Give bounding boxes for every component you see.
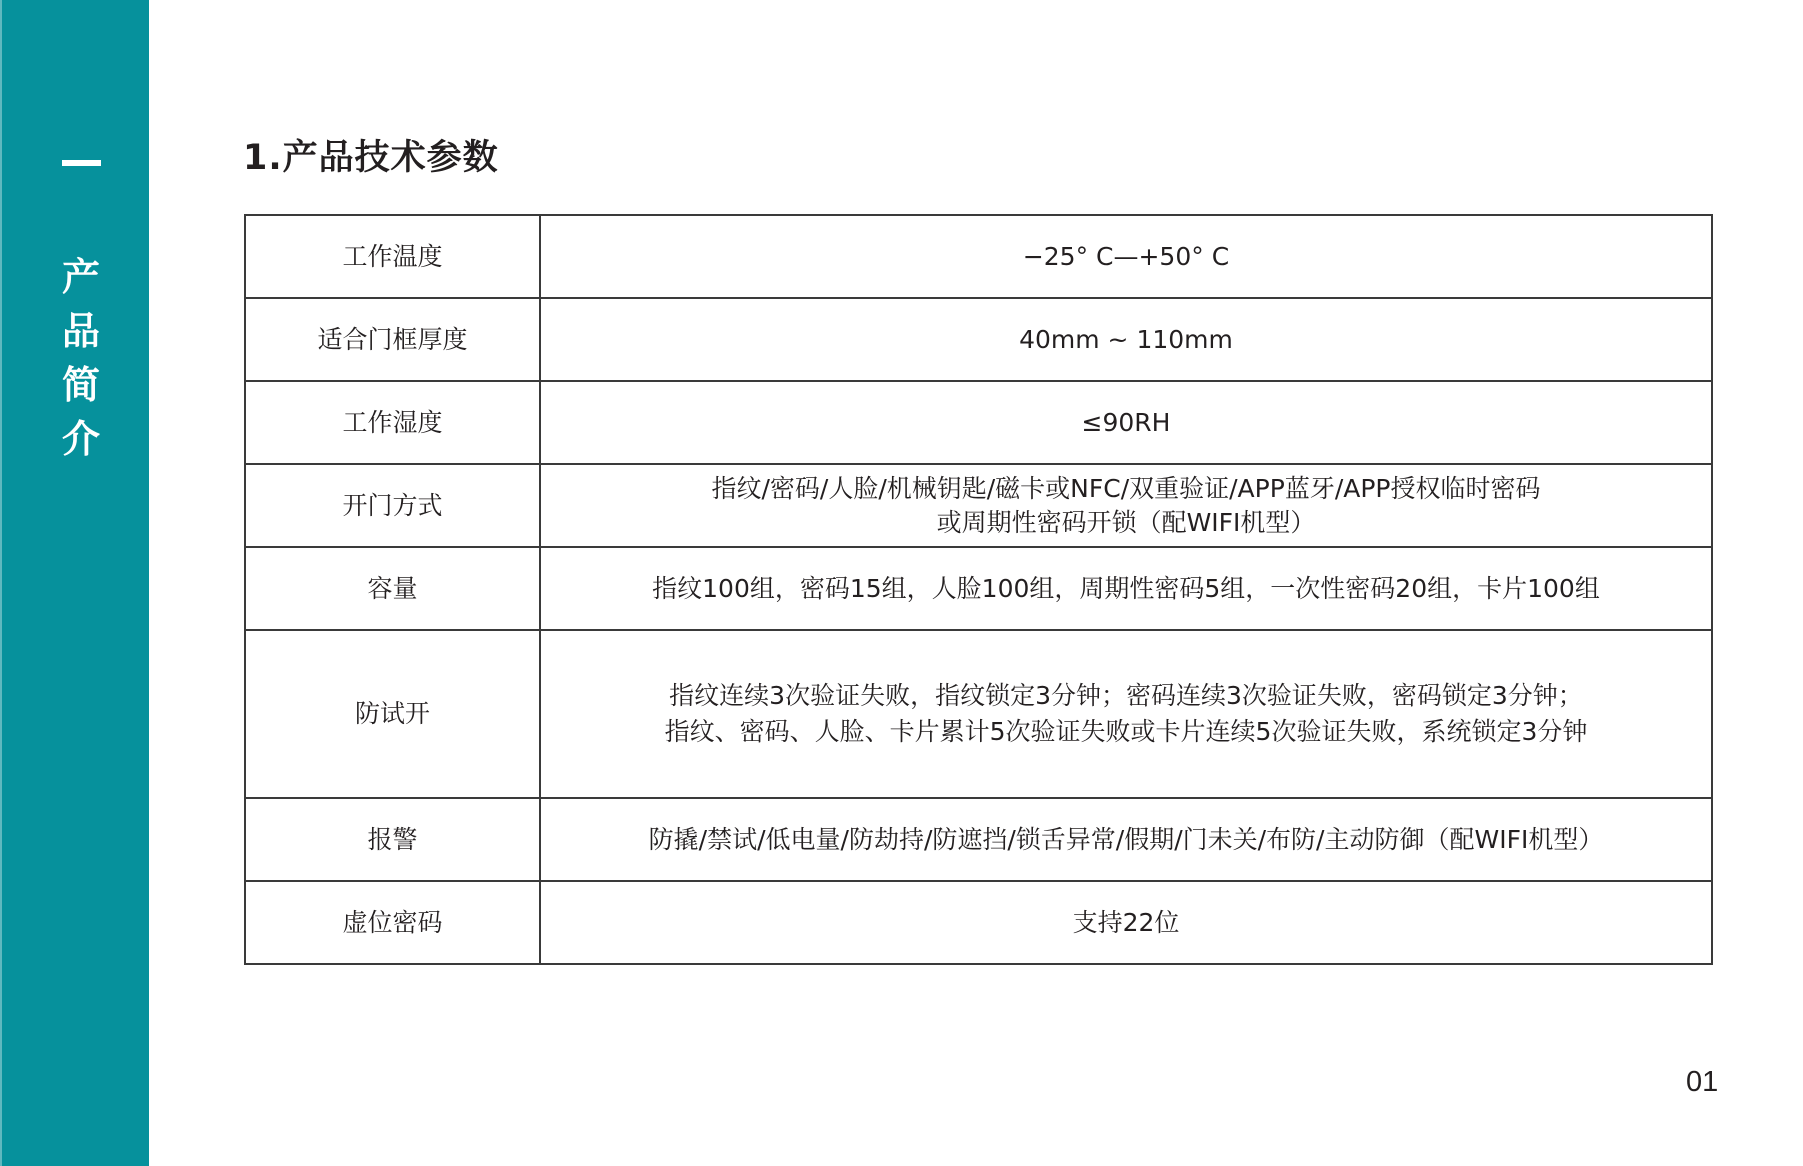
- value-line: 40mm ~ 110mm: [551, 323, 1701, 357]
- value-line: −25° C—+50° C: [551, 240, 1701, 274]
- value-line: ≤90RH: [551, 406, 1701, 440]
- table-row: 防试开 指纹连续3次验证失败，指纹锁定3分钟；密码连续3次验证失败，密码锁定3分…: [245, 630, 1712, 798]
- page-title: 1.产品技术参数: [243, 136, 499, 180]
- table-row: 虚位密码 支持22位: [245, 881, 1712, 964]
- value-line: 指纹100组，密码15组，人脸100组，周期性密码5组，一次性密码20组，卡片1…: [551, 572, 1701, 606]
- section-sidebar: 产 品 简 介: [0, 0, 149, 1166]
- value-line: 支持22位: [551, 906, 1701, 940]
- table-row: 工作湿度 ≤90RH: [245, 381, 1712, 464]
- row-value: 指纹100组，密码15组，人脸100组，周期性密码5组，一次性密码20组，卡片1…: [540, 547, 1712, 630]
- section-title-char: 品: [62, 304, 100, 358]
- row-label: 容量: [245, 547, 540, 630]
- row-label: 工作湿度: [245, 381, 540, 464]
- table-row: 适合门框厚度 40mm ~ 110mm: [245, 298, 1712, 381]
- section-title-vertical: 产 品 简 介: [58, 250, 104, 466]
- section-title-char: 介: [62, 412, 100, 466]
- row-value: 40mm ~ 110mm: [540, 298, 1712, 381]
- row-value: 支持22位: [540, 881, 1712, 964]
- row-value: 指纹连续3次验证失败，指纹锁定3分钟；密码连续3次验证失败，密码锁定3分钟； 指…: [540, 630, 1712, 798]
- row-value: 指纹/密码/人脸/机械钥匙/磁卡或NFC/双重验证/APP蓝牙/APP授权临时密…: [540, 464, 1712, 547]
- row-value: −25° C—+50° C: [540, 215, 1712, 298]
- table-row: 报警 防撬/禁试/低电量/防劫持/防遮挡/锁舌异常/假期/门未关/布防/主动防御…: [245, 798, 1712, 881]
- row-label: 开门方式: [245, 464, 540, 547]
- table-row: 容量 指纹100组，密码15组，人脸100组，周期性密码5组，一次性密码20组，…: [245, 547, 1712, 630]
- value-line: 或周期性密码开锁（配WIFI机型）: [551, 506, 1701, 540]
- row-label: 适合门框厚度: [245, 298, 540, 381]
- spec-table: 工作温度 −25° C—+50° C 适合门框厚度 40mm ~ 110mm 工…: [244, 214, 1713, 965]
- row-value: 防撬/禁试/低电量/防劫持/防遮挡/锁舌异常/假期/门未关/布防/主动防御（配W…: [540, 798, 1712, 881]
- page-number: 01: [1686, 1066, 1718, 1099]
- table-row: 开门方式 指纹/密码/人脸/机械钥匙/磁卡或NFC/双重验证/APP蓝牙/APP…: [245, 464, 1712, 547]
- row-label: 虚位密码: [245, 881, 540, 964]
- row-label: 工作温度: [245, 215, 540, 298]
- section-number-one: [62, 160, 101, 166]
- section-title-char: 产: [62, 250, 100, 304]
- row-label: 防试开: [245, 630, 540, 798]
- section-title-char: 简: [62, 358, 100, 412]
- row-label: 报警: [245, 798, 540, 881]
- value-line: 指纹连续3次验证失败，指纹锁定3分钟；密码连续3次验证失败，密码锁定3分钟；: [551, 678, 1701, 714]
- value-line: 指纹/密码/人脸/机械钥匙/磁卡或NFC/双重验证/APP蓝牙/APP授权临时密…: [551, 472, 1701, 506]
- row-value: ≤90RH: [540, 381, 1712, 464]
- value-line: 防撬/禁试/低电量/防劫持/防遮挡/锁舌异常/假期/门未关/布防/主动防御（配W…: [551, 823, 1701, 857]
- table-row: 工作温度 −25° C—+50° C: [245, 215, 1712, 298]
- value-line: 指纹、密码、人脸、卡片累计5次验证失败或卡片连续5次验证失败，系统锁定3分钟: [551, 714, 1701, 750]
